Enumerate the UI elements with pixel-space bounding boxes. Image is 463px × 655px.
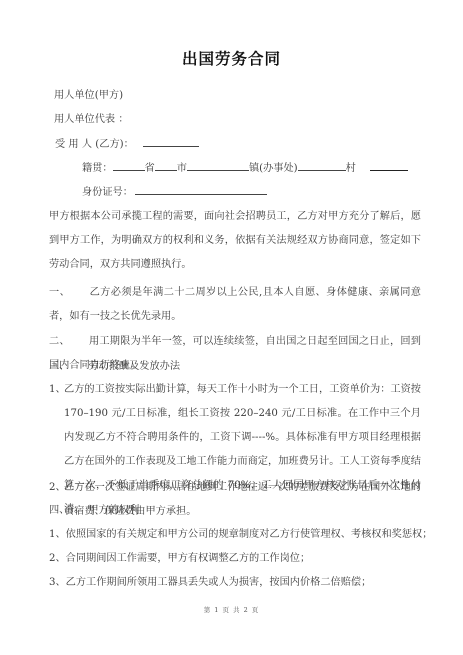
province-label: 省 [145, 163, 155, 174]
intro-paragraph: 甲方根据本公司承揽工程的需要，面向社会招聘员工，乙方对甲方充分了解后，愿到甲方工… [49, 205, 421, 277]
section-3-heading: 三、劳动报酬及发放办法 [49, 361, 180, 373]
id-number-blank[interactable] [135, 185, 267, 195]
item-number: 2、 [49, 476, 66, 500]
province-blank[interactable] [113, 161, 145, 171]
city-blank[interactable] [155, 161, 177, 171]
section-4-item-1: 1、依照国家的有关规定和甲方公司的规章制度对乙方行使管理权、考核权和奖惩权； [49, 529, 432, 541]
town-label: 镇(办事处) [249, 163, 298, 174]
village-blank[interactable] [298, 161, 346, 171]
city-label: 市 [177, 163, 187, 174]
employee-label: 受 用 人 (乙方)： [55, 139, 134, 150]
section-2-number: 二、 [49, 336, 70, 347]
item-text: 依照国家的有关规定和甲方公司的规章制度对乙方行使管理权、考核权和奖惩权； [66, 529, 433, 540]
section-4-heading: 四、甲方的权利 [49, 505, 139, 517]
section-3-number: 三、 [49, 361, 69, 372]
id-number-label: 身份证号： [82, 187, 133, 198]
item-number: 1、 [49, 529, 66, 540]
page-number-footer: 第 1 页 共 2 页 [0, 605, 463, 614]
native-place-label: 籍贯： [82, 163, 113, 174]
document-page: 出国劳务合同 用人单位(甲方) 用人单位代表 ： 受 用 人 (乙方)： 籍贯：… [0, 0, 463, 655]
id-number-field: 身份证号： [82, 185, 267, 199]
native-place-field: 籍贯：省市镇(办事处)村 [82, 161, 408, 175]
employer-rep-label: 用人单位代表 ： [54, 114, 129, 126]
section-4-item-2: 2、合同期间因工作需要，甲方有权调整乙方的工作岗位； [49, 553, 310, 565]
extra-blank[interactable] [370, 161, 408, 171]
item-text: 合同期间因工作需要，甲方有权调整乙方的工作岗位； [66, 553, 311, 564]
section-1: 一、乙方必须是年满二十二周岁以上公民,且本人自愿、身体健康、亲属同意者，如有一技… [49, 281, 421, 329]
employer-label: 用人单位(甲方) [54, 90, 123, 102]
section-3-text: 劳动报酬及发放办法 [88, 361, 180, 372]
section-4-number: 四、 [49, 505, 69, 516]
item-number: 1、 [49, 378, 66, 402]
section-4-text: 甲方的权利 [88, 505, 139, 516]
town-blank[interactable] [187, 161, 249, 171]
employee-field: 受 用 人 (乙方)： [55, 137, 199, 151]
village-label: 村 [346, 163, 356, 174]
item-number: 2、 [49, 553, 66, 564]
document-title: 出国劳务合同 [0, 47, 463, 69]
employee-blank[interactable] [143, 137, 199, 147]
section-1-number: 一、 [49, 287, 70, 298]
section-1-text: 乙方必须是年满二十二周岁以上公民,且本人自愿、身体健康、亲属同意者，如有一技之长… [49, 287, 421, 322]
item-number: 3、 [49, 577, 66, 588]
section-4-item-3: 3、乙方工作期间所领用工器具丢失或人为损害，按国内价格二倍赔偿； [49, 577, 371, 589]
item-text: 乙方工作期间所领用工器具丢失或人为损害，按国内价格二倍赔偿； [66, 577, 372, 588]
